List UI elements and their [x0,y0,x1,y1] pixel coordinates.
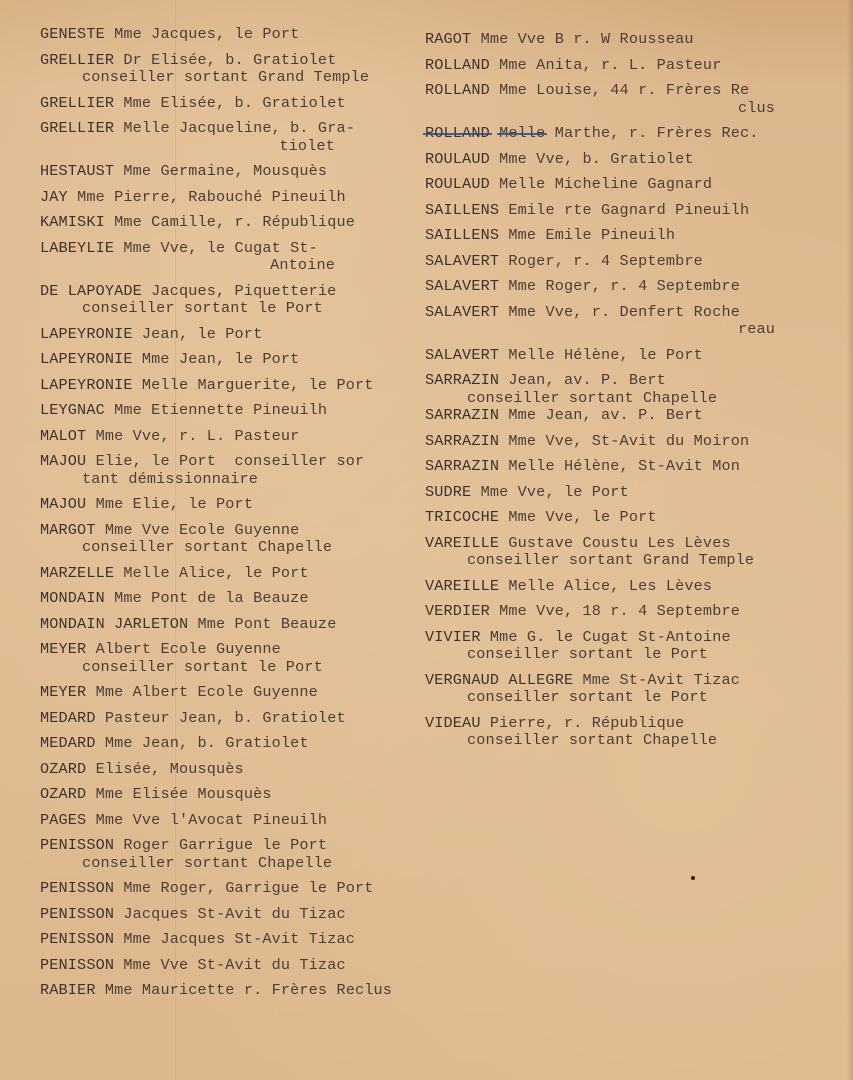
entry-details: Melle Marguerite, le Port [142,376,374,394]
entry-line: GENESTE Mme Jacques, le Port [40,26,430,44]
entry-details: Mme Vve, St-Avit du Moiron [508,432,749,450]
entry-surname: GENESTE [40,25,105,43]
entry-line: MALOT Mme Vve, r. L. Pasteur [40,428,430,446]
list-entry: LEYGNAC Mme Etiennette Pineuilh [40,402,430,420]
list-entry: GENESTE Mme Jacques, le Port [40,26,430,44]
list-entry: GRELLIER Mme Elisée, b. Gratiolet [40,95,430,113]
entry-line: ROULAUD Mme Vve, b. Gratiolet [425,151,845,169]
entry-line: MAJOU Elie, le Port conseiller sor [40,453,430,471]
entry-line: SAILLENS Mme Emile Pineuilh [425,227,845,245]
entry-line: SARRAZIN Jean, av. P. Bert [425,372,845,390]
list-entry: SALAVERT Mme Roger, r. 4 Septembre [425,278,845,296]
list-entry: VAREILLE Melle Alice, Les Lèves [425,578,845,596]
entry-surname: MEYER [40,640,86,658]
list-entry: MEDARD Mme Jean, b. Gratiolet [40,735,430,753]
entry-line: DE LAPOYADE Jacques, Piquetterie [40,283,430,301]
list-entry: TRICOCHE Mme Vve, le Port [425,509,845,527]
entry-details: Melle Alice, Les Lèves [508,577,712,595]
entry-details: Marthe, r. Frères Rec. [555,124,759,142]
entry-line: SALAVERT Mme Roger, r. 4 Septembre [425,278,845,296]
entry-surname: OZARD [40,785,86,803]
entry-line: KAMISKI Mme Camille, r. République [40,214,430,232]
entry-details: Mme Albert Ecole Guyenne [96,683,318,701]
entry-surname: PENISSON [40,836,114,854]
list-entry: SUDRE Mme Vve, le Port [425,484,845,502]
entry-details: Mme Louise, 44 r. Frères Re [499,81,749,99]
list-entry: ROULAUD Mme Vve, b. Gratiolet [425,151,845,169]
list-entry: LAPEYRONIE Melle Marguerite, le Port [40,377,430,395]
entry-continuation: Antoine [40,257,335,275]
entry-surname: HESTAUST [40,162,114,180]
list-entry: PAGES Mme Vve l'Avocat Pineuilh [40,812,430,830]
entry-surname: JAY [40,188,68,206]
entry-surname: LABEYLIE [40,239,114,257]
entry-line: OZARD Elisée, Mousquès [40,761,430,779]
entry-surname: SARRAZIN [425,432,499,450]
entry-line: LAPEYRONIE Melle Marguerite, le Port [40,377,430,395]
list-entry: PENISSON Mme Vve St-Avit du Tizac [40,957,430,975]
entry-line: PAGES Mme Vve l'Avocat Pineuilh [40,812,430,830]
entry-line: LAPEYRONIE Mme Jean, le Port [40,351,430,369]
entry-surname: MALOT [40,427,86,445]
list-entry: VERDIER Mme Vve, 18 r. 4 Septembre [425,603,845,621]
list-entry: MONDAIN JARLETON Mme Pont Beauze [40,616,430,634]
list-entry: MEYER Albert Ecole Guyenneconseiller sor… [40,641,430,676]
entry-details: Mme Vve B r. W Rousseau [481,30,694,48]
entry-surname: GRELLIER [40,51,114,69]
entry-continuation: conseiller sortant Chapelle [425,390,845,408]
list-entry: SALAVERT Mme Vve, r. Denfert Rochereau [425,304,845,339]
entry-surname: MARGOT [40,521,96,539]
entry-surname: SARRAZIN [425,406,499,424]
entry-line: ROLLAND Mme Anita, r. L. Pasteur [425,57,845,75]
entry-details: Mme Vve, r. L. Pasteur [96,427,300,445]
entry-details: Mme Elisée Mousquès [96,785,272,803]
entry-details: Mme Germaine, Mousquès [123,162,327,180]
list-entry: HESTAUST Mme Germaine, Mousquès [40,163,430,181]
entry-line: OZARD Mme Elisée Mousquès [40,786,430,804]
list-entry: MAJOU Elie, le Port conseiller sortant d… [40,453,430,488]
entry-details: Mme Jacques, le Port [114,25,299,43]
entry-continuation: clus [425,100,775,118]
entry-details: Melle Hélène, le Port [508,346,703,364]
entry-surname: MEDARD [40,734,96,752]
entry-line: VAREILLE Gustave Coustu Les Lèves [425,535,845,553]
entry-line: SUDRE Mme Vve, le Port [425,484,845,502]
entry-surname: ROLLAND [425,81,490,99]
list-entry: DE LAPOYADE Jacques, Piquetterieconseill… [40,283,430,318]
entry-surname: TRICOCHE [425,508,499,526]
entry-details: Mme Etiennette Pineuilh [114,401,327,419]
entry-surname: OZARD [40,760,86,778]
list-entry: PENISSON Mme Roger, Garrigue le Port [40,880,430,898]
entry-line: VIVIER Mme G. le Cugat St-Antoine [425,629,845,647]
entry-surname: VERDIER [425,602,490,620]
ink-speck [691,876,695,880]
list-entry: GRELLIER Dr Elisée, b. Gratioletconseill… [40,52,430,87]
entry-line: VERGNAUD ALLEGRE Mme St-Avit Tizac [425,672,845,690]
entry-details: Gustave Coustu Les Lèves [508,534,730,552]
entry-details: Mme Elisée, b. Gratiolet [123,94,345,112]
entry-surname: LAPEYRONIE [40,325,133,343]
entry-surname: SALAVERT [425,303,499,321]
entry-surname: MEYER [40,683,86,701]
entry-details: Pasteur Jean, b. Gratiolet [105,709,346,727]
entry-details: Jean, av. P. Bert [508,371,666,389]
entry-continuation: tiolet [40,138,335,156]
entry-surname: ROULAUD [425,175,490,193]
entry-details: Mme Vve Ecole Guyenne [105,521,300,539]
entry-surname: ROLLAND [425,124,490,142]
list-entry: MEDARD Pasteur Jean, b. Gratiolet [40,710,430,728]
list-entry: VIVIER Mme G. le Cugat St-Antoineconseil… [425,629,845,664]
list-entry: SALAVERT Roger, r. 4 Septembre [425,253,845,271]
entry-continuation: conseiller sortant le Port [425,646,845,664]
entry-line: GRELLIER Mme Elisée, b. Gratiolet [40,95,430,113]
list-entry: VERGNAUD ALLEGRE Mme St-Avit Tizacconsei… [425,672,845,707]
entry-details: Mme Mauricette r. Frères Reclus [105,981,392,999]
list-entry: SARRAZIN Melle Hélène, St-Avit Mon [425,458,845,476]
list-entry: SALAVERT Melle Hélène, le Port [425,347,845,365]
entry-details: Melle Alice, le Port [123,564,308,582]
list-entry: GRELLIER Melle Jacqueline, b. Gra-tiolet [40,120,430,155]
list-entry: ROLLAND Melle Marthe, r. Frères Rec. [425,125,845,143]
list-entry: PENISSON Mme Jacques St-Avit Tizac [40,931,430,949]
entry-details: Jean, le Port [142,325,262,343]
entry-details: Mme Anita, r. L. Pasteur [499,56,721,74]
list-entry: VAREILLE Gustave Coustu Les Lèvesconseil… [425,535,845,570]
entry-line: SALAVERT Roger, r. 4 Septembre [425,253,845,271]
entry-continuation: conseiller sortant Grand Temple [40,69,430,87]
entry-details: Mme Vve, le Cugat St- [123,239,318,257]
entry-line: PENISSON Mme Vve St-Avit du Tizac [40,957,430,975]
entry-details: Jacques, Piquetterie [151,282,336,300]
entry-continuation: tant démissionnaire [40,471,430,489]
entry-surname: SALAVERT [425,346,499,364]
entry-details: Mme St-Avit Tizac [583,671,741,689]
entry-details: Mme Vve St-Avit du Tizac [123,956,345,974]
entry-details: Mme Roger, r. 4 Septembre [508,277,740,295]
entry-line: TRICOCHE Mme Vve, le Port [425,509,845,527]
entry-details: Mme Vve, le Port [508,508,656,526]
entry-line: MAJOU Mme Elie, le Port [40,496,430,514]
entry-surname: LAPEYRONIE [40,376,133,394]
entry-surname: MARZELLE [40,564,114,582]
list-entry: LABEYLIE Mme Vve, le Cugat St-Antoine [40,240,430,275]
entry-details: Mme Vve, b. Gratiolet [499,150,694,168]
entry-line: LEYGNAC Mme Etiennette Pineuilh [40,402,430,420]
entry-line: VERDIER Mme Vve, 18 r. 4 Septembre [425,603,845,621]
entry-continuation: conseiller sortant le Port [40,300,430,318]
entry-details: Mme Jean, le Port [142,350,300,368]
entry-surname: LEYGNAC [40,401,105,419]
entry-line: MEDARD Pasteur Jean, b. Gratiolet [40,710,430,728]
entry-details: Mme Camille, r. République [114,213,355,231]
entry-surname: ROULAUD [425,150,490,168]
entry-details: Mme Roger, Garrigue le Port [123,879,373,897]
entry-surname: VIDEAU [425,714,481,732]
entry-continuation: conseiller sortant le Port [425,689,845,707]
entry-surname: VAREILLE [425,534,499,552]
list-entry: ROLLAND Mme Louise, 44 r. Frères Reclus [425,82,845,117]
list-entry: VIDEAU Pierre, r. Républiqueconseiller s… [425,715,845,750]
entry-details: Mme Jean, av. P. Bert [508,406,703,424]
entry-line: SAILLENS Emile rte Gagnard Pineuilh [425,202,845,220]
entry-details: Melle Jacqueline, b. Gra- [123,119,355,137]
list-entry: SARRAZIN Jean, av. P. Bertconseiller sor… [425,372,845,407]
entry-surname: RAGOT [425,30,471,48]
list-entry: MAJOU Mme Elie, le Port [40,496,430,514]
list-entry: PENISSON Jacques St-Avit du Tizac [40,906,430,924]
entry-line: SARRAZIN Mme Jean, av. P. Bert [425,407,845,425]
entry-surname: GRELLIER [40,119,114,137]
entry-line: RAGOT Mme Vve B r. W Rousseau [425,31,845,49]
entry-details: Mme Vve, le Port [481,483,629,501]
entry-surname: SALAVERT [425,252,499,270]
entry-line: ROULAUD Melle Micheline Gagnard [425,176,845,194]
entry-line: ROLLAND Melle Marthe, r. Frères Rec. [425,125,845,143]
entry-line: VIDEAU Pierre, r. République [425,715,845,733]
entry-surname: RABIER [40,981,96,999]
entry-line: SARRAZIN Melle Hélène, St-Avit Mon [425,458,845,476]
entry-continuation: reau [425,321,775,339]
list-entry: PENISSON Roger Garrigue le Portconseille… [40,837,430,872]
entry-details: Dr Elisée, b. Gratiolet [123,51,336,69]
entry-surname: PENISSON [40,879,114,897]
entry-surname: PAGES [40,811,86,829]
list-entry: LAPEYRONIE Mme Jean, le Port [40,351,430,369]
entry-continuation: conseiller sortant Grand Temple [425,552,845,570]
entry-surname: MAJOU [40,495,86,513]
list-entry: MONDAIN Mme Pont de la Beauze [40,590,430,608]
entry-line: VAREILLE Melle Alice, Les Lèves [425,578,845,596]
entry-details: Mme Elie, le Port [96,495,254,513]
list-entry: RAGOT Mme Vve B r. W Rousseau [425,31,845,49]
entry-surname: SUDRE [425,483,471,501]
entry-details: Mme Pont de la Beauze [114,589,309,607]
entry-continuation: conseiller sortant le Port [40,659,430,677]
list-entry: MEYER Mme Albert Ecole Guyenne [40,684,430,702]
entry-line: ROLLAND Mme Louise, 44 r. Frères Re [425,82,845,100]
entry-line: MEYER Albert Ecole Guyenne [40,641,430,659]
list-entry: OZARD Mme Elisée Mousquès [40,786,430,804]
entry-line: PENISSON Jacques St-Avit du Tizac [40,906,430,924]
entry-line: MARGOT Mme Vve Ecole Guyenne [40,522,430,540]
entry-line: GRELLIER Melle Jacqueline, b. Gra- [40,120,430,138]
list-entry: OZARD Elisée, Mousquès [40,761,430,779]
entry-details: Melle Micheline Gagnard [499,175,712,193]
entry-line: HESTAUST Mme Germaine, Mousquès [40,163,430,181]
entry-details: Jacques St-Avit du Tizac [123,905,345,923]
entry-line: PENISSON Roger Garrigue le Port [40,837,430,855]
entry-details: Mme Jean, b. Gratiolet [105,734,309,752]
entry-details: Mme Vve, r. Denfert Roche [508,303,740,321]
entry-line: RABIER Mme Mauricette r. Frères Reclus [40,982,430,1000]
list-entry: SARRAZIN Mme Jean, av. P. Bert [425,407,845,425]
left-column-list: GENESTE Mme Jacques, le PortGRELLIER Dr … [40,26,430,1008]
entry-details: Mme Jacques St-Avit Tizac [123,930,355,948]
entry-continuation: conseiller sortant Chapelle [425,732,845,750]
entry-line: MEDARD Mme Jean, b. Gratiolet [40,735,430,753]
entry-surname: SAILLENS [425,226,499,244]
entry-surname: MAJOU [40,452,86,470]
entry-details: Albert Ecole Guyenne [96,640,281,658]
entry-surname: MEDARD [40,709,96,727]
list-entry: SARRAZIN Mme Vve, St-Avit du Moiron [425,433,845,451]
entry-details: Mme Vve, 18 r. 4 Septembre [499,602,740,620]
entry-continuation: conseiller sortant Chapelle [40,539,430,557]
entry-surname: DE LAPOYADE [40,282,142,300]
entry-line: SALAVERT Melle Hélène, le Port [425,347,845,365]
list-entry: ROULAUD Melle Micheline Gagnard [425,176,845,194]
entry-line: LABEYLIE Mme Vve, le Cugat St- [40,240,430,258]
entry-details: Melle Hélène, St-Avit Mon [508,457,740,475]
entry-details: Mme Emile Pineuilh [508,226,675,244]
entry-details: Mme Vve l'Avocat Pineuilh [96,811,328,829]
entry-surname: SALAVERT [425,277,499,295]
list-entry: SAILLENS Emile rte Gagnard Pineuilh [425,202,845,220]
list-entry: MALOT Mme Vve, r. L. Pasteur [40,428,430,446]
entry-continuation: conseiller sortant Chapelle [40,855,430,873]
entry-surname: SARRAZIN [425,457,499,475]
list-entry: RABIER Mme Mauricette r. Frères Reclus [40,982,430,1000]
entry-surname: SARRAZIN [425,371,499,389]
entry-line: MONDAIN Mme Pont de la Beauze [40,590,430,608]
paper-edge-shadow [847,0,853,1080]
entry-details: Emile rte Gagnard Pineuilh [508,201,749,219]
entry-surname: MONDAIN JARLETON [40,615,188,633]
entry-line: GRELLIER Dr Elisée, b. Gratiolet [40,52,430,70]
list-entry: MARZELLE Melle Alice, le Port [40,565,430,583]
list-entry: KAMISKI Mme Camille, r. République [40,214,430,232]
right-column-list: RAGOT Mme Vve B r. W RousseauROLLAND Mme… [425,31,845,758]
entry-surname: PENISSON [40,956,114,974]
list-entry: ROLLAND Mme Anita, r. L. Pasteur [425,57,845,75]
entry-surname: ROLLAND [425,56,490,74]
entry-details: Elisée, Mousquès [96,760,244,778]
entry-details: Mme Pont Beauze [198,615,337,633]
entry-surname: SAILLENS [425,201,499,219]
entry-line: PENISSON Mme Jacques St-Avit Tizac [40,931,430,949]
entry-line: PENISSON Mme Roger, Garrigue le Port [40,880,430,898]
list-entry: SAILLENS Mme Emile Pineuilh [425,227,845,245]
entry-details: Elie, le Port conseiller sor [96,452,365,470]
list-entry: LAPEYRONIE Jean, le Port [40,326,430,344]
entry-surname: VERGNAUD ALLEGRE [425,671,573,689]
entry-surname: LAPEYRONIE [40,350,133,368]
entry-surname: GRELLIER [40,94,114,112]
entry-line: MONDAIN JARLETON Mme Pont Beauze [40,616,430,634]
entry-line: LAPEYRONIE Jean, le Port [40,326,430,344]
entry-surname: PENISSON [40,905,114,923]
list-entry: MARGOT Mme Vve Ecole Guyenneconseiller s… [40,522,430,557]
entry-details: Pierre, r. République [490,714,685,732]
entry-details: Roger, r. 4 Septembre [508,252,703,270]
entry-surname: PENISSON [40,930,114,948]
entry-line: SALAVERT Mme Vve, r. Denfert Roche [425,304,845,322]
entry-surname: VAREILLE [425,577,499,595]
struck-text: Melle [499,124,545,142]
entry-surname: KAMISKI [40,213,105,231]
entry-details: Roger Garrigue le Port [123,836,327,854]
entry-details: Mme Pierre, Rabouché Pineuilh [77,188,346,206]
entry-surname: VIVIER [425,628,481,646]
entry-line: MEYER Mme Albert Ecole Guyenne [40,684,430,702]
entry-details: Mme G. le Cugat St-Antoine [490,628,731,646]
entry-line: MARZELLE Melle Alice, le Port [40,565,430,583]
entry-surname: MONDAIN [40,589,105,607]
entry-line: JAY Mme Pierre, Rabouché Pineuilh [40,189,430,207]
entry-line: SARRAZIN Mme Vve, St-Avit du Moiron [425,433,845,451]
list-entry: JAY Mme Pierre, Rabouché Pineuilh [40,189,430,207]
